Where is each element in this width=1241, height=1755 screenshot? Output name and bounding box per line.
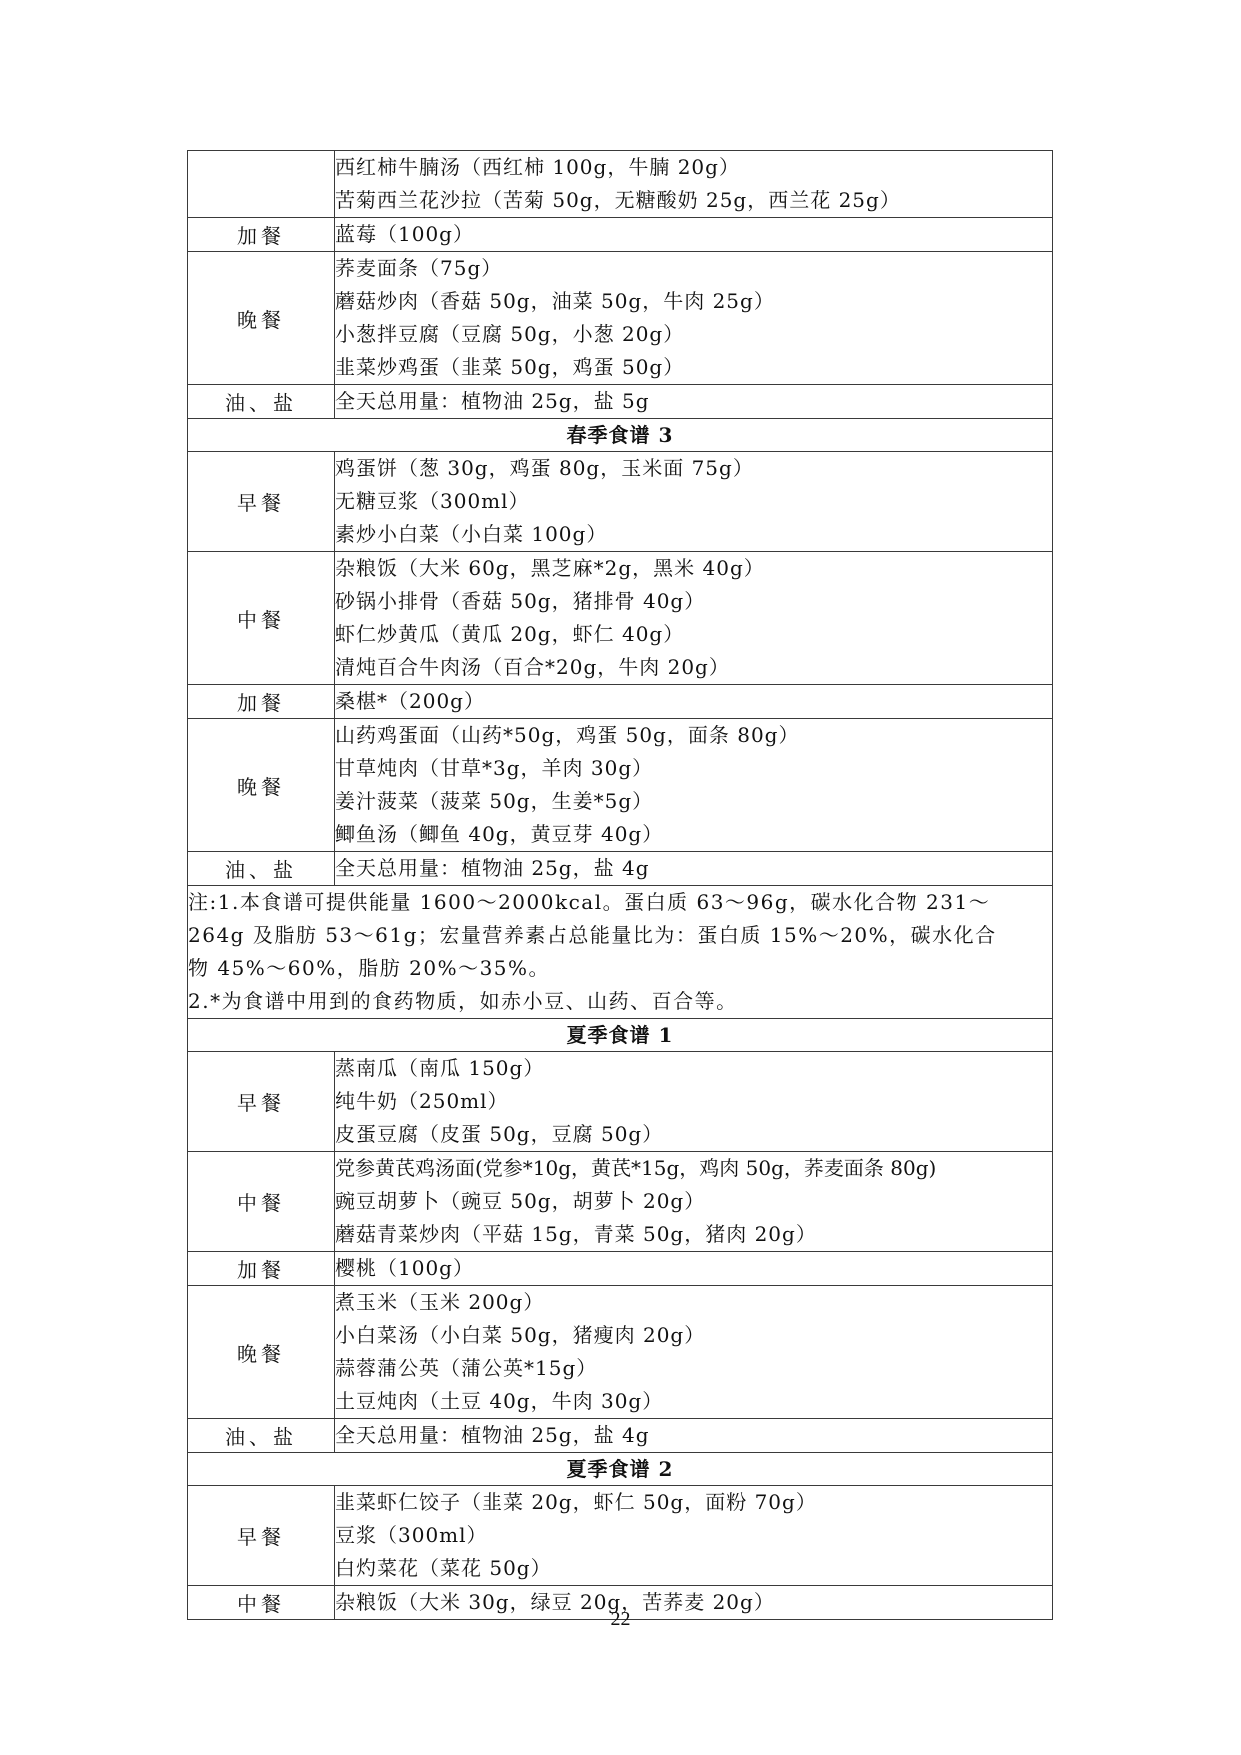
table-row: 早餐 韭菜虾仁饺子（韭菜 20g，虾仁 50g，面粉 70g） 豆浆（300ml… [188, 1486, 1053, 1586]
meal-content: 煮玉米（玉米 200g） 小白菜汤（小白菜 50g，猪瘦肉 20g） 蒜蓉蒲公英… [335, 1286, 1053, 1419]
meal-label: 晚餐 [188, 252, 335, 385]
page-number: 22 [0, 1608, 1241, 1631]
dish-item: 纯牛奶（250ml） [335, 1085, 1052, 1118]
table-row: 晚餐 荞麦面条（75g） 蘑菇炒肉（香菇 50g，油菜 50g，牛肉 25g） … [188, 252, 1053, 385]
table-row: 油、盐 全天总用量：植物油 25g，盐 4g [188, 852, 1053, 886]
recipe-table: 西红柿牛腩汤（西红柿 100g，牛腩 20g） 苦菊西兰花沙拉（苦菊 50g，无… [187, 150, 1053, 1620]
meal-content: 樱桃（100g） [335, 1252, 1053, 1286]
dish-item: 豆浆（300ml） [335, 1519, 1052, 1552]
table-row: 油、盐 全天总用量：植物油 25g，盐 4g [188, 1419, 1053, 1453]
dish-item: 西红柿牛腩汤（西红柿 100g，牛腩 20g） [335, 151, 1052, 184]
meal-content: 山药鸡蛋面（山药*50g，鸡蛋 50g，面条 80g） 甘草炖肉（甘草*3g，羊… [335, 719, 1053, 852]
meal-content: 杂粮饭（大米 60g，黑芝麻*2g，黑米 40g） 砂锅小排骨（香菇 50g，猪… [335, 552, 1053, 685]
dish-item: 山药鸡蛋面（山药*50g，鸡蛋 50g，面条 80g） [335, 719, 1052, 752]
dish-item: 杂粮饭（大米 60g，黑芝麻*2g，黑米 40g） [335, 552, 1052, 585]
table-row: 加餐 桑椹*（200g） [188, 685, 1053, 719]
meal-content: 全天总用量：植物油 25g，盐 5g [335, 385, 1053, 419]
meal-content: 全天总用量：植物油 25g，盐 4g [335, 1419, 1053, 1453]
meal-label: 加餐 [188, 685, 335, 719]
dish-item: 清炖百合牛肉汤（百合*20g，牛肉 20g） [335, 651, 1052, 684]
meal-content: 蒸南瓜（南瓜 150g） 纯牛奶（250ml） 皮蛋豆腐（皮蛋 50g，豆腐 5… [335, 1052, 1053, 1152]
dish-item: 无糖豆浆（300ml） [335, 485, 1052, 518]
dish-item: 蒸南瓜（南瓜 150g） [335, 1052, 1052, 1085]
meal-label: 油、盐 [188, 1419, 335, 1453]
dish-item: 樱桃（100g） [335, 1252, 1052, 1285]
meal-label: 早餐 [188, 1052, 335, 1152]
dish-item: 姜汁菠菜（菠菜 50g，生姜*5g） [335, 785, 1052, 818]
table-row: 中餐 杂粮饭（大米 60g，黑芝麻*2g，黑米 40g） 砂锅小排骨（香菇 50… [188, 552, 1053, 685]
dish-item: 虾仁炒黄瓜（黄瓜 20g，虾仁 40g） [335, 618, 1052, 651]
meal-content: 鸡蛋饼（葱 30g，鸡蛋 80g，玉米面 75g） 无糖豆浆（300ml） 素炒… [335, 452, 1053, 552]
meal-content: 党参黄芪鸡汤面(党参*10g，黄芪*15g，鸡肉 50g，荞麦面条 80g) 豌… [335, 1152, 1053, 1252]
dish-item: 砂锅小排骨（香菇 50g，猪排骨 40g） [335, 585, 1052, 618]
table-row: 早餐 蒸南瓜（南瓜 150g） 纯牛奶（250ml） 皮蛋豆腐（皮蛋 50g，豆… [188, 1052, 1053, 1152]
section-title: 夏季食谱 1 [188, 1019, 1053, 1052]
dish-item: 蘑菇青菜炒肉（平菇 15g，青菜 50g，猪肉 20g） [335, 1218, 1052, 1251]
dish-item: 素炒小白菜（小白菜 100g） [335, 518, 1052, 551]
dish-item: 蓝莓（100g） [335, 218, 1052, 251]
table-row: 油、盐 全天总用量：植物油 25g，盐 5g [188, 385, 1053, 419]
dish-item: 白灼菜花（菜花 50g） [335, 1552, 1052, 1585]
oil-salt-total: 全天总用量：植物油 25g，盐 5g [335, 385, 1052, 418]
meal-label: 晚餐 [188, 719, 335, 852]
meal-label: 中餐 [188, 552, 335, 685]
section-header-row: 夏季食谱 1 [188, 1019, 1053, 1052]
meal-content: 西红柿牛腩汤（西红柿 100g，牛腩 20g） 苦菊西兰花沙拉（苦菊 50g，无… [335, 151, 1053, 218]
dish-item: 甘草炖肉（甘草*3g，羊肉 30g） [335, 752, 1052, 785]
dish-item: 苦菊西兰花沙拉（苦菊 50g，无糖酸奶 25g，西兰花 25g） [335, 184, 1052, 217]
meal-label: 中餐 [188, 1152, 335, 1252]
table-row: 中餐 党参黄芪鸡汤面(党参*10g，黄芪*15g，鸡肉 50g，荞麦面条 80g… [188, 1152, 1053, 1252]
meal-label: 油、盐 [188, 385, 335, 419]
dish-item: 小白菜汤（小白菜 50g，猪瘦肉 20g） [335, 1319, 1052, 1352]
meal-content: 全天总用量：植物油 25g，盐 4g [335, 852, 1053, 886]
meal-label: 加餐 [188, 1252, 335, 1286]
section-header-row: 春季食谱 3 [188, 419, 1053, 452]
meal-content: 桑椹*（200g） [335, 685, 1053, 719]
note-line: 264g 及脂肪 53～61g；宏量营养素占总能量比为：蛋白质 15%～20%，… [188, 919, 1052, 952]
table-row: 早餐 鸡蛋饼（葱 30g，鸡蛋 80g，玉米面 75g） 无糖豆浆（300ml）… [188, 452, 1053, 552]
dish-item: 煮玉米（玉米 200g） [335, 1286, 1052, 1319]
table-row: 晚餐 山药鸡蛋面（山药*50g，鸡蛋 50g，面条 80g） 甘草炖肉（甘草*3… [188, 719, 1053, 852]
section-header-row: 夏季食谱 2 [188, 1453, 1053, 1486]
meal-content: 韭菜虾仁饺子（韭菜 20g，虾仁 50g，面粉 70g） 豆浆（300ml） 白… [335, 1486, 1053, 1586]
dish-item: 蘑菇炒肉（香菇 50g，油菜 50g，牛肉 25g） [335, 285, 1052, 318]
meal-content: 蓝莓（100g） [335, 218, 1053, 252]
section-title: 夏季食谱 2 [188, 1453, 1053, 1486]
meal-label: 早餐 [188, 452, 335, 552]
dish-item: 鸡蛋饼（葱 30g，鸡蛋 80g，玉米面 75g） [335, 452, 1052, 485]
meal-label [188, 151, 335, 218]
oil-salt-total: 全天总用量：植物油 25g，盐 4g [335, 1419, 1052, 1452]
document-page: 西红柿牛腩汤（西红柿 100g，牛腩 20g） 苦菊西兰花沙拉（苦菊 50g，无… [0, 0, 1241, 1755]
dish-item: 韭菜虾仁饺子（韭菜 20g，虾仁 50g，面粉 70g） [335, 1486, 1052, 1519]
meal-label: 早餐 [188, 1486, 335, 1586]
dish-item: 韭菜炒鸡蛋（韭菜 50g，鸡蛋 50g） [335, 351, 1052, 384]
dish-item: 鲫鱼汤（鲫鱼 40g，黄豆芽 40g） [335, 818, 1052, 851]
table-row: 加餐 樱桃（100g） [188, 1252, 1053, 1286]
dish-item: 小葱拌豆腐（豆腐 50g，小葱 20g） [335, 318, 1052, 351]
dish-item: 荞麦面条（75g） [335, 252, 1052, 285]
dish-item: 桑椹*（200g） [335, 685, 1052, 718]
nutrition-note: 注:1.本食谱可提供能量 1600～2000kcal。蛋白质 63～96g，碳水… [188, 886, 1053, 1019]
note-row: 注:1.本食谱可提供能量 1600～2000kcal。蛋白质 63～96g，碳水… [188, 886, 1053, 1019]
recipe-table-body: 西红柿牛腩汤（西红柿 100g，牛腩 20g） 苦菊西兰花沙拉（苦菊 50g，无… [188, 151, 1053, 1620]
table-row: 西红柿牛腩汤（西红柿 100g，牛腩 20g） 苦菊西兰花沙拉（苦菊 50g，无… [188, 151, 1053, 218]
table-row: 加餐 蓝莓（100g） [188, 218, 1053, 252]
table-row: 晚餐 煮玉米（玉米 200g） 小白菜汤（小白菜 50g，猪瘦肉 20g） 蒜蓉… [188, 1286, 1053, 1419]
meal-label: 加餐 [188, 218, 335, 252]
meal-label: 晚餐 [188, 1286, 335, 1419]
oil-salt-total: 全天总用量：植物油 25g，盐 4g [335, 852, 1052, 885]
note-line: 物 45%～60%，脂肪 20%～35%。 [188, 952, 1052, 985]
dish-item: 土豆炖肉（土豆 40g，牛肉 30g） [335, 1385, 1052, 1418]
dish-item: 皮蛋豆腐（皮蛋 50g，豆腐 50g） [335, 1118, 1052, 1151]
meal-content: 荞麦面条（75g） 蘑菇炒肉（香菇 50g，油菜 50g，牛肉 25g） 小葱拌… [335, 252, 1053, 385]
dish-item: 党参黄芪鸡汤面(党参*10g，黄芪*15g，鸡肉 50g，荞麦面条 80g) [335, 1152, 1052, 1185]
note-line: 2.*为食谱中用到的食药物质，如赤小豆、山药、百合等。 [188, 985, 1052, 1018]
note-line: 注:1.本食谱可提供能量 1600～2000kcal。蛋白质 63～96g，碳水… [188, 886, 1052, 919]
dish-item: 蒜蓉蒲公英（蒲公英*15g） [335, 1352, 1052, 1385]
section-title: 春季食谱 3 [188, 419, 1053, 452]
dish-item: 豌豆胡萝卜（豌豆 50g，胡萝卜 20g） [335, 1185, 1052, 1218]
meal-label: 油、盐 [188, 852, 335, 886]
